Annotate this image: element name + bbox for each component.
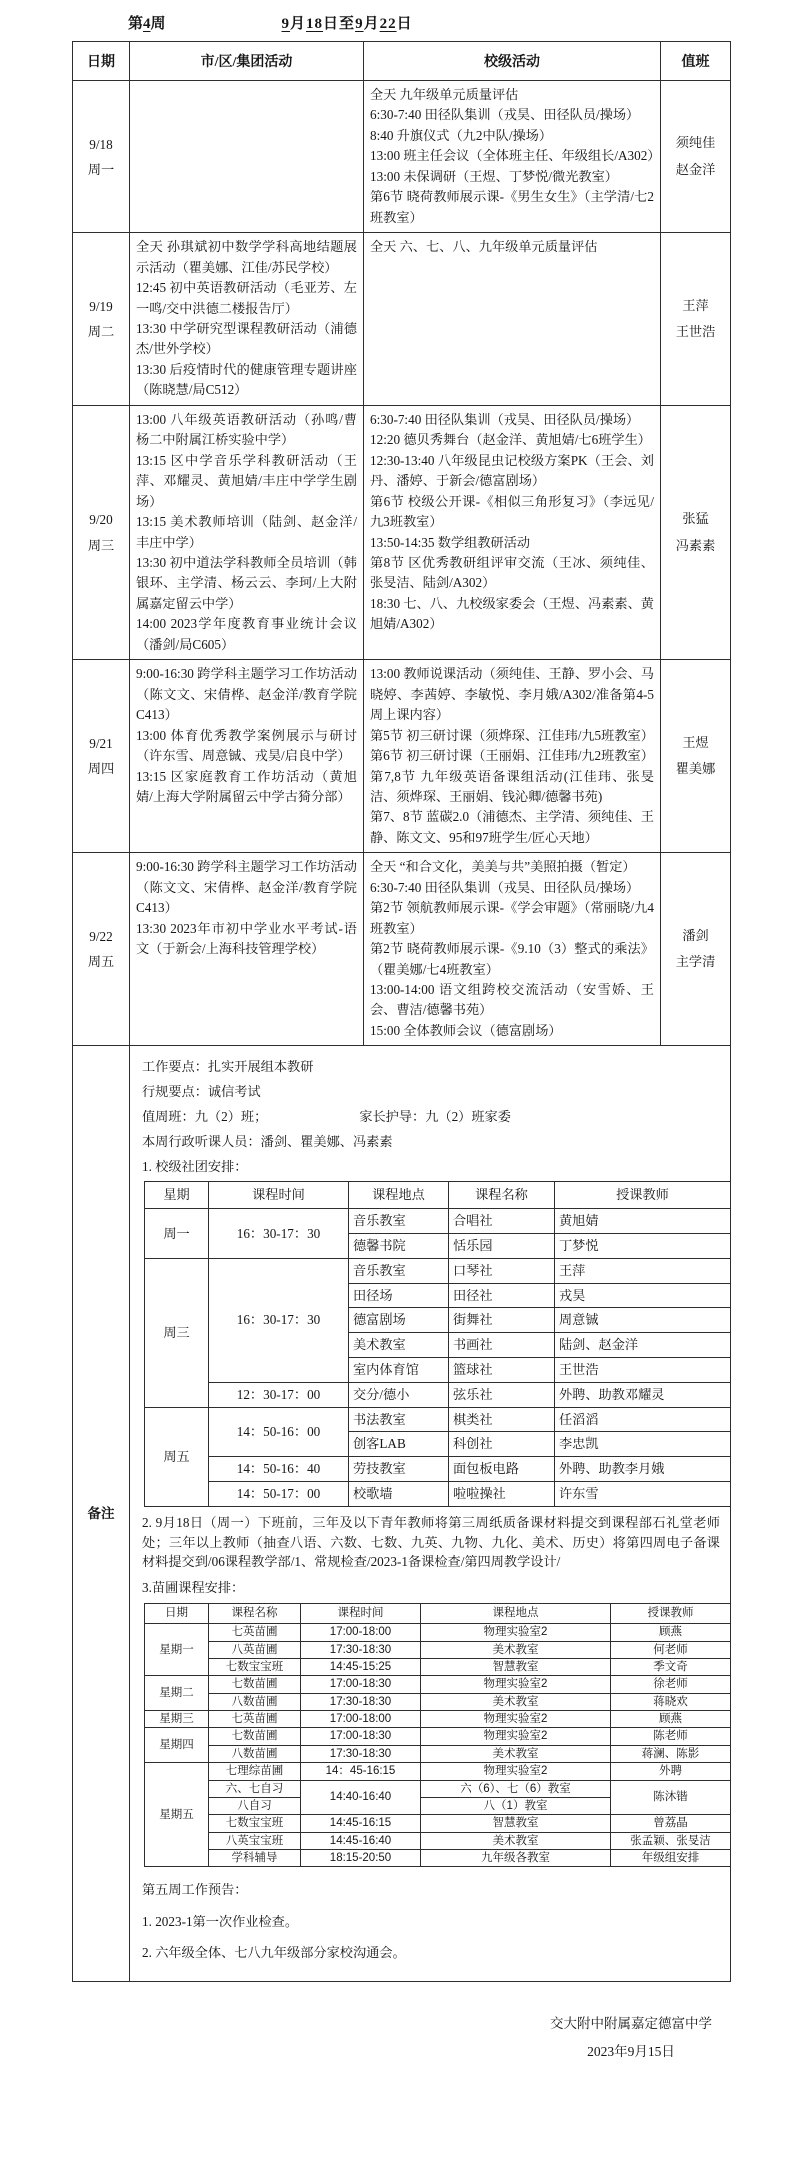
seedling-place-cell: 美术教室 [421, 1641, 611, 1658]
club-teacher-cell: 外聘、助教邓耀灵 [555, 1382, 731, 1407]
week5-preview-title: 第五周工作预告： [142, 1877, 720, 1902]
duty-cell: 张猛冯素素 [661, 405, 731, 659]
schedule-row: 9/21周四9:00-16:30 跨学科主题学习工作坊活动（陈文文、宋倩桦、赵金… [73, 660, 731, 853]
weekday-text: 周一 [75, 157, 127, 182]
club-row: 12：30-17：00交分/德小弦乐社外聘、助教邓耀灵 [145, 1382, 731, 1407]
seedling-name-cell: 八英宝宝班 [209, 1832, 301, 1849]
school-activities-cell: 全天 九年级单元质量评估6:30-7:40 田径队集训（戎昊、田径队员/操场）8… [364, 81, 661, 233]
col-header-date: 日期 [73, 42, 130, 81]
club-teacher-cell: 外聘、助教李月娥 [555, 1457, 731, 1482]
activity-line: 第6节 初三研讨课（王丽娟、江佳玮/九2班教室） [370, 746, 654, 766]
club-table-header: 星期 课程时间 课程地点 课程名称 授课教师 [145, 1182, 731, 1209]
schedule-row: 9/19周二全天 孙琪斌初中数学学科高地结题展示活动（瞿美娜、江佳/苏民学校）1… [73, 233, 731, 406]
week-suffix: 周 [151, 16, 166, 32]
footer-block: 交大附中附属嘉定德富中学 2023年9月15日 [550, 2010, 712, 2067]
duty-name: 瞿美娜 [663, 756, 728, 782]
seedling-place-cell: 物理实验室2 [421, 1624, 611, 1641]
range-end: 日 [397, 16, 413, 32]
seedling-schedule-title: 3.苗圃课程安排： [142, 1578, 720, 1598]
range-middle: 日至 [323, 16, 355, 32]
month-unit: 月 [364, 16, 380, 32]
seedling-row: 星期四七数苗圃17:00-18:30物理实验室2陈老师 [145, 1728, 731, 1745]
seedling-col-time: 课程时间 [301, 1603, 421, 1623]
club-table-body: 周一16：30-17：30音乐教室合唱社黄旭婧德馨书院恬乐园丁梦悦周三16：30… [145, 1209, 731, 1507]
activity-line: 13:00 八年级英语教研活动（孙鸣/曹杨二中附属江桥实验中学） [136, 410, 357, 451]
club-place-cell: 交分/德小 [349, 1382, 449, 1407]
club-place-cell: 德富剧场 [349, 1308, 449, 1333]
date-cell: 9/21周四 [73, 660, 130, 853]
school-activities-cell: 13:00 教师说课活动（须纯佳、王静、罗小会、马晓婷、李茜婷、李敏悦、李月娥/… [364, 660, 661, 853]
seedling-place-cell: 美术教室 [421, 1832, 611, 1849]
duty-name: 赵金洋 [663, 157, 728, 183]
club-row: 周五14：50-16：00书法教室棋类社任滔滔 [145, 1407, 731, 1432]
schedule-rows: 9/18周一全天 九年级单元质量评估6:30-7:40 田径队集训（戎昊、田径队… [73, 81, 731, 1046]
seedling-place-cell: 美术教室 [421, 1745, 611, 1762]
club-teacher-cell: 任滔滔 [555, 1407, 731, 1432]
date-text: 9/19 [75, 294, 127, 319]
schedule-row: 9/22周五9:00-16:30 跨学科主题学习工作坊活动（陈文文、宋倩桦、赵金… [73, 853, 731, 1046]
seedling-place-cell: 物理实验室2 [421, 1676, 611, 1693]
seedling-day-cell: 星期二 [145, 1676, 209, 1711]
district-activities-cell: 9:00-16:30 跨学科主题学习工作坊活动（陈文文、宋倩桦、赵金洋/教育学院… [130, 853, 364, 1046]
seedling-time-cell: 14:40-16:40 [301, 1780, 421, 1815]
seedling-teacher-cell: 曾荔晶 [611, 1815, 731, 1832]
activity-line: 13:00 班主任会议（全体班主任、年级组长/A302） [370, 146, 654, 166]
seedling-col-name: 课程名称 [209, 1603, 301, 1623]
seedling-row: 六、七自习14:40-16:40六（6）、七（6）教室陈沐锴 [145, 1780, 731, 1797]
seedling-place-cell: 九年级各教室 [421, 1850, 611, 1867]
activity-line: 全天 “和合文化，美美与共”美照拍摄（暂定） [370, 857, 654, 877]
seedling-name-cell: 八英苗圃 [209, 1641, 301, 1658]
club-place-cell: 创客LAB [349, 1432, 449, 1457]
activity-line: 13:15 区家庭教育工作坊活动（黄旭婧/上海大学附属留云中学古猗分部） [136, 767, 357, 808]
seedling-teacher-cell: 外聘 [611, 1763, 731, 1780]
district-activities-cell [130, 81, 364, 233]
activity-line: 18:30 七、八、九校级家委会（王煜、冯素素、黄旭婧/A302） [370, 594, 654, 635]
seedling-row: 七数宝宝班14:45-16:15智慧教室曾荔晶 [145, 1815, 731, 1832]
activity-line: 第8节 区优秀教研组评审交流（王冰、须纯佳、张旻洁、陆剑/A302） [370, 553, 654, 594]
activity-line: 9:00-16:30 跨学科主题学习工作坊活动（陈文文、宋倩桦、赵金洋/教育学院… [136, 664, 357, 725]
club-name-cell: 田径社 [449, 1283, 555, 1308]
document-footer: 交大附中附属嘉定德富中学 2023年9月15日 [72, 2010, 730, 2091]
seedling-teacher-cell: 蒋晓欢 [611, 1693, 731, 1710]
duty-class-line: 值周班：九（2）班；家长护导：九（2）班家委 [142, 1107, 720, 1127]
start-day: 18 [306, 16, 323, 32]
week-number: 4 [143, 16, 151, 32]
seedling-teacher-cell: 何老师 [611, 1641, 731, 1658]
col-header-school-activities: 校级活动 [364, 42, 661, 81]
week-prefix: 第 [128, 16, 143, 32]
weekday-text: 周二 [75, 319, 127, 344]
club-name-cell: 篮球社 [449, 1357, 555, 1382]
school-activities-cell: 全天 六、七、八、九年级单元质量评估 [364, 233, 661, 406]
club-col-place: 课程地点 [349, 1182, 449, 1209]
duty-cell: 王萍王世浩 [661, 233, 731, 406]
seedling-name-cell: 八自习 [209, 1797, 301, 1814]
activity-line: 13:00-14:00 语文组跨校交流活动（安雪娇、王会、曹洁/德馨书苑） [370, 980, 654, 1021]
duty-cell: 王煜瞿美娜 [661, 660, 731, 853]
seedling-row: 八数苗圃17:30-18:30美术教室蒋澜、陈影 [145, 1745, 731, 1762]
duty-cell: 潘剑主学清 [661, 853, 731, 1046]
date-cell: 9/19周二 [73, 233, 130, 406]
seedling-name-cell: 七英苗圃 [209, 1711, 301, 1728]
activity-line: 13:30 初中道法学科教师全员培训（韩银环、主学清、杨云云、李珂/上大附属嘉定… [136, 553, 357, 614]
activity-line: 13:30 2023年市初中学业水平考试-语文（于新会/上海科技管理学校） [136, 919, 357, 960]
col-header-district-activities: 市/区/集团活动 [130, 42, 364, 81]
club-teacher-cell: 王世浩 [555, 1357, 731, 1382]
club-time-cell: 14：50-16：00 [209, 1407, 349, 1457]
activity-line: 13:00 体育优秀教学案例展示与研讨（许东雪、周意铖、戎昊/启良中学） [136, 726, 357, 767]
club-name-cell: 街舞社 [449, 1308, 555, 1333]
date-cell: 9/18周一 [73, 81, 130, 233]
seedling-col-date: 日期 [145, 1603, 209, 1623]
school-activities-cell: 全天 “和合文化，美美与共”美照拍摄（暂定）6:30-7:40 田径队集训（戎昊… [364, 853, 661, 1046]
seedling-time-cell: 14:45-16:15 [301, 1815, 421, 1832]
duty-name: 须纯佳 [663, 130, 728, 156]
seedling-teacher-cell: 蒋澜、陈影 [611, 1745, 731, 1762]
seedling-name-cell: 八数苗圃 [209, 1693, 301, 1710]
club-time-cell: 16：30-17：30 [209, 1258, 349, 1382]
lesson-materials-note: 2. 9月18日（周一）下班前，三年及以下青年教师将第三周纸质备课材料提交到课程… [142, 1513, 720, 1572]
activity-line: 第6节 校级公开课-《相似三角形复习》（李远见/九3班教室） [370, 492, 654, 533]
seedling-time-cell: 17:00-18:30 [301, 1728, 421, 1745]
activity-line: 15:00 全体教师会议（德富剧场） [370, 1021, 654, 1041]
activity-line: 12:45 初中英语教研活动（毛亚芳、左一鸣/交中洪德二楼报告厅） [136, 278, 357, 319]
seedling-row: 七数宝宝班14:45-15:25智慧教室季文奇 [145, 1658, 731, 1675]
club-place-cell: 德馨书院 [349, 1233, 449, 1258]
club-time-cell: 14：50-17：00 [209, 1481, 349, 1506]
activity-line: 全天 九年级单元质量评估 [370, 85, 654, 105]
activity-line: 第2节 领航教师展示课-《学会审题》（常丽晓/九4班教室） [370, 898, 654, 939]
activity-line: 6:30-7:40 田径队集训（戎昊、田径队员/操场） [370, 410, 654, 430]
club-name-cell: 弦乐社 [449, 1382, 555, 1407]
club-place-cell: 美术教室 [349, 1333, 449, 1358]
seedling-teacher-cell: 陈沐锴 [611, 1780, 731, 1815]
seedling-row: 八英宝宝班14:45-16:40美术教室张孟颖、张旻洁 [145, 1832, 731, 1849]
district-activities-cell: 全天 孙琪斌初中数学学科高地结题展示活动（瞿美娜、江佳/苏民学校）12:45 初… [130, 233, 364, 406]
seedling-name-cell: 学科辅导 [209, 1850, 301, 1867]
district-activities-cell: 9:00-16:30 跨学科主题学习工作坊活动（陈文文、宋倩桦、赵金洋/教育学院… [130, 660, 364, 853]
duty-name: 主学清 [663, 949, 728, 975]
activity-line: 9:00-16:30 跨学科主题学习工作坊活动（陈文文、宋倩桦、赵金洋/教育学院… [136, 857, 357, 918]
seedling-row: 星期一七英苗圃17:00-18:00物理实验室2顾燕 [145, 1624, 731, 1641]
activity-line: 第7、8节 蓝碳2.0（浦德杰、主学清、须纯佳、王静、陈文文、95和97班学生/… [370, 807, 654, 848]
week-title: 第4周 [128, 12, 166, 33]
school-name: 交大附中附属嘉定德富中学 [550, 2010, 712, 2038]
seedling-col-teacher: 授课教师 [611, 1603, 731, 1623]
seedling-name-cell: 七数苗圃 [209, 1728, 301, 1745]
club-name-cell: 面包板电路 [449, 1457, 555, 1482]
seedling-day-cell: 星期三 [145, 1711, 209, 1728]
duty-name: 王煜 [663, 730, 728, 756]
seedling-name-cell: 七数宝宝班 [209, 1658, 301, 1675]
seedling-place-cell: 物理实验室2 [421, 1728, 611, 1745]
activity-line: 第7,8节 九年级英语备课组活动(江佳玮、张旻洁、须烨琛、王丽娟、钱沁卿/德馨书… [370, 767, 654, 808]
seedling-time-cell: 14：45-16:15 [301, 1763, 421, 1780]
seedling-time-cell: 14:45-15:25 [301, 1658, 421, 1675]
club-schedule-table: 星期 课程时间 课程地点 课程名称 授课教师 周一16：30-17：30音乐教室… [144, 1181, 731, 1506]
seedling-row: 星期五七理综苗圃14：45-16:15物理实验室2外聘 [145, 1763, 731, 1780]
club-teacher-cell: 黄旭婧 [555, 1209, 731, 1234]
activity-line: 13:00 未保调研（王煜、丁梦悦/微光教室） [370, 167, 654, 187]
notes-section: 备注 工作要点：扎实开展组本教研 行规要点：诚信考试 值周班：九（2）班；家长护… [73, 1046, 731, 1981]
duty-class-text: 值周班：九（2）班； [142, 1109, 267, 1124]
seedling-row: 星期二七数苗圃17:00-18:30物理实验室2徐老师 [145, 1676, 731, 1693]
club-teacher-cell: 周意铖 [555, 1308, 731, 1333]
weekday-text: 周四 [75, 756, 127, 781]
seedling-row: 学科辅导18:15-20:50九年级各教室年级组安排 [145, 1850, 731, 1867]
seedling-row: 八英苗圃17:30-18:30美术教室何老师 [145, 1641, 731, 1658]
document-header: 第4周 9月18日至9月22日 [72, 10, 730, 41]
week5-preview-item-1: 1. 2023-1第一次作业检查。 [142, 1909, 720, 1934]
seedling-col-place: 课程地点 [421, 1603, 611, 1623]
seedling-row: 八数苗圃17:30-18:30美术教室蒋晓欢 [145, 1693, 731, 1710]
club-place-cell: 劳技教室 [349, 1457, 449, 1482]
club-schedule-title: 1. 校级社团安排： [142, 1157, 720, 1177]
club-teacher-cell: 陆剑、赵金洋 [555, 1333, 731, 1358]
seedling-place-cell: 智慧教室 [421, 1815, 611, 1832]
club-row: 周三16：30-17：30音乐教室口琴社王萍 [145, 1258, 731, 1283]
club-row: 14：50-17：00校歌墙啦啦操社许东雪 [145, 1481, 731, 1506]
admin-listeners-line: 本周行政听课人员：潘剑、瞿美娜、冯素素 [142, 1132, 720, 1152]
duty-name: 王世浩 [663, 319, 728, 345]
date-text: 9/22 [75, 924, 127, 949]
activity-line: 第2节 晓荷教师展示课-《9.10（3）整式的乘法》（瞿美娜/七4班教室） [370, 939, 654, 980]
activity-line: 12:20 德贝秀舞台（赵金洋、黄旭婧/七6班学生） [370, 430, 654, 450]
notes-label: 备注 [73, 1046, 130, 1981]
schedule-table: 日期 市/区/集团活动 校级活动 值班 9/18周一全天 九年级单元质量评估6:… [72, 41, 731, 1982]
seedling-teacher-cell: 顾燕 [611, 1624, 731, 1641]
start-month: 9 [282, 16, 291, 32]
schedule-row: 9/18周一全天 九年级单元质量评估6:30-7:40 田径队集训（戎昊、田径队… [73, 81, 731, 233]
activity-line: 第5节 初三研讨课（须烨琛、江佳玮/九5班教室） [370, 726, 654, 746]
duty-name: 潘剑 [663, 923, 728, 949]
duty-name: 冯素素 [663, 533, 728, 559]
club-name-cell: 科创社 [449, 1432, 555, 1457]
col-header-duty: 值班 [661, 42, 731, 81]
seedling-time-cell: 17:00-18:00 [301, 1624, 421, 1641]
seedling-time-cell: 17:30-18:30 [301, 1641, 421, 1658]
club-place-cell: 音乐教室 [349, 1209, 449, 1234]
activity-line: 13:30 中学研究型课程教研活动（浦德杰/世外学校） [136, 319, 357, 360]
activity-line: 第6节 晓荷教师展示课-《男生女生》（主学清/七2班教室） [370, 187, 654, 228]
seedling-time-cell: 17:00-18:00 [301, 1711, 421, 1728]
seedling-name-cell: 六、七自习 [209, 1780, 301, 1797]
club-col-weekday: 星期 [145, 1182, 209, 1209]
club-day-cell: 周三 [145, 1258, 209, 1407]
club-teacher-cell: 许东雪 [555, 1481, 731, 1506]
activity-line: 6:30-7:40 田径队集训（戎昊、田径队员/操场） [370, 105, 654, 125]
club-time-cell: 12：30-17：00 [209, 1382, 349, 1407]
issue-date: 2023年9月15日 [550, 2038, 712, 2066]
seedling-time-cell: 18:15-20:50 [301, 1850, 421, 1867]
date-text: 9/20 [75, 507, 127, 532]
seedling-teacher-cell: 年级组安排 [611, 1850, 731, 1867]
seedling-name-cell: 七数苗圃 [209, 1676, 301, 1693]
seedling-day-cell: 星期五 [145, 1763, 209, 1867]
work-points-line: 工作要点：扎实开展组本教研 [142, 1057, 720, 1077]
end-day: 22 [380, 16, 397, 32]
club-place-cell: 书法教室 [349, 1407, 449, 1432]
date-cell: 9/22周五 [73, 853, 130, 1046]
club-col-name: 课程名称 [449, 1182, 555, 1209]
activity-line: 12:30-13:40 八年级昆虫记校级方案PK（王会、刘丹、潘婷、于新会/德富… [370, 451, 654, 492]
seedling-teacher-cell: 徐老师 [611, 1676, 731, 1693]
seedling-table-body: 星期一七英苗圃17:00-18:00物理实验室2顾燕八英苗圃17:30-18:3… [145, 1624, 731, 1867]
date-cell: 9/20周三 [73, 405, 130, 659]
activity-line: 全天 孙琪斌初中数学学科高地结题展示活动（瞿美娜、江佳/苏民学校） [136, 237, 357, 278]
seedling-place-cell: 美术教室 [421, 1693, 611, 1710]
weekly-schedule-document: 第4周 9月18日至9月22日 日期 市/区/集团活动 校级活动 值班 9/18… [0, 0, 796, 2172]
seedling-day-cell: 星期一 [145, 1624, 209, 1676]
club-name-cell: 恬乐园 [449, 1233, 555, 1258]
club-place-cell: 音乐教室 [349, 1258, 449, 1283]
activity-line: 13:15 美术教师培训（陆剑、赵金洋/丰庄中学） [136, 512, 357, 553]
seedling-place-cell: 物理实验室2 [421, 1711, 611, 1728]
activity-line: 13:30 后疫情时代的健康管理专题讲座（陈晓慧/局C512） [136, 360, 357, 401]
seedling-place-cell: 八（1）教室 [421, 1797, 611, 1814]
schedule-table-header: 日期 市/区/集团活动 校级活动 值班 [73, 42, 731, 81]
club-row: 14：50-16：40劳技教室面包板电路外聘、助教李月娥 [145, 1457, 731, 1482]
district-activities-cell: 13:00 八年级英语教研活动（孙鸣/曹杨二中附属江桥实验中学）13:15 区中… [130, 405, 364, 659]
club-name-cell: 书画社 [449, 1333, 555, 1358]
weekday-text: 周五 [75, 949, 127, 974]
activity-line: 13:00 教师说课活动（须纯佳、王静、罗小会、马晓婷、李茜婷、李敏悦、李月娥/… [370, 664, 654, 725]
seedling-place-cell: 智慧教室 [421, 1658, 611, 1675]
date-text: 9/18 [75, 132, 127, 157]
seedling-time-cell: 17:00-18:30 [301, 1676, 421, 1693]
club-day-cell: 周一 [145, 1209, 209, 1259]
notes-cell: 工作要点：扎实开展组本教研 行规要点：诚信考试 值周班：九（2）班；家长护导：九… [130, 1046, 731, 1981]
seedling-place-cell: 六（6）、七（6）教室 [421, 1780, 611, 1797]
seedling-teacher-cell: 顾燕 [611, 1711, 731, 1728]
end-month: 9 [355, 16, 364, 32]
club-teacher-cell: 丁梦悦 [555, 1233, 731, 1258]
seedling-name-cell: 八数苗圃 [209, 1745, 301, 1762]
activity-line: 14:00 2023学年度教育事业统计会议（潘剑/局C605） [136, 614, 357, 655]
seedling-place-cell: 物理实验室2 [421, 1763, 611, 1780]
club-col-time: 课程时间 [209, 1182, 349, 1209]
seedling-teacher-cell: 陈老师 [611, 1728, 731, 1745]
club-teacher-cell: 王萍 [555, 1258, 731, 1283]
seedling-schedule-table: 日期 课程名称 课程时间 课程地点 授课教师 星期一七英苗圃17:00-18:0… [144, 1603, 731, 1868]
club-teacher-cell: 李忠凯 [555, 1432, 731, 1457]
date-text: 9/21 [75, 731, 127, 756]
seedling-name-cell: 七理综苗圃 [209, 1763, 301, 1780]
club-place-cell: 校歌墙 [349, 1481, 449, 1506]
month-unit: 月 [290, 16, 306, 32]
activity-line: 全天 六、七、八、九年级单元质量评估 [370, 237, 654, 257]
activity-line: 8:40 升旗仪式（九2中队/操场） [370, 126, 654, 146]
club-row: 周一16：30-17：30音乐教室合唱社黄旭婧 [145, 1209, 731, 1234]
seedling-name-cell: 七英苗圃 [209, 1624, 301, 1641]
club-name-cell: 棋类社 [449, 1407, 555, 1432]
club-time-cell: 14：50-16：40 [209, 1457, 349, 1482]
club-name-cell: 啦啦操社 [449, 1481, 555, 1506]
seedling-table-header: 日期 课程名称 课程时间 课程地点 授课教师 [145, 1603, 731, 1623]
activity-line: 13:15 区中学音乐学科教研活动（王萍、邓耀灵、黄旭婧/丰庄中学学生剧场） [136, 451, 357, 512]
seedling-name-cell: 七数宝宝班 [209, 1815, 301, 1832]
duty-cell: 须纯佳赵金洋 [661, 81, 731, 233]
seedling-teacher-cell: 季文奇 [611, 1658, 731, 1675]
parent-guard-text: 家长护导：九（2）班家委 [359, 1109, 511, 1124]
seedling-day-cell: 星期四 [145, 1728, 209, 1763]
club-day-cell: 周五 [145, 1407, 209, 1506]
club-time-cell: 16：30-17：30 [209, 1209, 349, 1259]
seedling-teacher-cell: 张孟颖、张旻洁 [611, 1832, 731, 1849]
weekday-text: 周三 [75, 533, 127, 558]
club-col-teacher: 授课教师 [555, 1182, 731, 1209]
week5-preview-item-2: 2. 六年级全体、七八九年级部分家校沟通会。 [142, 1940, 720, 1965]
seedling-time-cell: 17:30-18:30 [301, 1693, 421, 1710]
duty-name: 王萍 [663, 293, 728, 319]
activity-line: 13:50-14:35 数学组教研活动 [370, 533, 654, 553]
conduct-points-line: 行规要点：诚信考试 [142, 1082, 720, 1102]
seedling-time-cell: 14:45-16:40 [301, 1832, 421, 1849]
club-place-cell: 室内体育馆 [349, 1357, 449, 1382]
club-place-cell: 田径场 [349, 1283, 449, 1308]
seedling-row: 星期三七英苗圃17:00-18:00物理实验室2顾燕 [145, 1711, 731, 1728]
club-name-cell: 合唱社 [449, 1209, 555, 1234]
activity-line: 6:30-7:40 田径队集训（戎昊、田径队员/操场） [370, 878, 654, 898]
club-teacher-cell: 戎昊 [555, 1283, 731, 1308]
club-name-cell: 口琴社 [449, 1258, 555, 1283]
duty-name: 张猛 [663, 506, 728, 532]
school-activities-cell: 6:30-7:40 田径队集训（戎昊、田径队员/操场）12:20 德贝秀舞台（赵… [364, 405, 661, 659]
notes-row: 备注 工作要点：扎实开展组本教研 行规要点：诚信考试 值周班：九（2）班；家长护… [73, 1046, 731, 1981]
schedule-row: 9/20周三13:00 八年级英语教研活动（孙鸣/曹杨二中附属江桥实验中学）13… [73, 405, 731, 659]
date-range: 9月18日至9月22日 [282, 12, 413, 33]
seedling-time-cell: 17:30-18:30 [301, 1745, 421, 1762]
